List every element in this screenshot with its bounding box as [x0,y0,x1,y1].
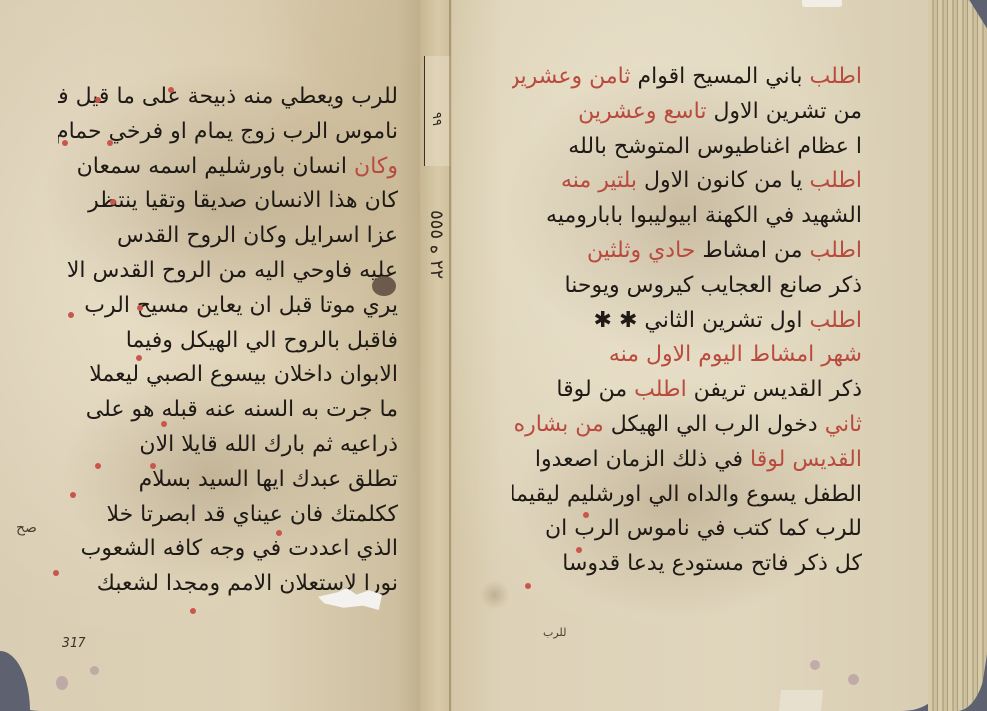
verse-marker [276,530,282,536]
bottom-note: للرب [543,626,566,639]
verse-marker [137,305,143,311]
text-line: الابوان داخلان بيسوع الصبي ليعملا [58,358,398,393]
text-line: عليه فاوحي اليه من الروح القدس الا [58,254,398,289]
text-line: اطلب اول تشرين الثاني ✱ ✱ [512,304,862,339]
verse-marker [62,140,68,146]
ink-spot [810,660,820,670]
gutter-note: ٩٩ [425,112,449,126]
verse-marker [525,583,531,589]
verse-marker [136,355,142,361]
verse-marker [583,512,589,518]
verse-marker [161,421,167,427]
ink-spot [848,674,859,685]
gutter-note: ٢٢ ه ٥٥٥ [425,210,449,279]
verse-marker [168,87,174,93]
verse-marker [150,463,156,469]
verse-marker [53,570,59,576]
text-line: ذكر القديس تريفن اطلب من لوقا [512,373,862,408]
text-line: عزا اسرايل وكان الروح القدس [58,219,398,254]
ink-blot [372,276,396,296]
left-page: للرب ويعطي منه ذبيحة على ما قيل في ناموس… [0,0,432,711]
text-line: من تشرين الاول تاسع وعشرين [512,95,862,130]
text-line: كل ذكر فاتح مستودع يدعا قدوسا [512,547,862,582]
rubric: وكان [354,154,398,179]
text-line: ذكر صانع العجايب كيروس ويوحنا [512,269,862,304]
text-line: القديس لوقا في ذلك الزمان اصعدوا [512,443,862,478]
text-line: وكان انسان باورشليم اسمه سمعان [58,150,398,185]
verse-marker [95,463,101,469]
water-stain [480,580,510,610]
text-line: اطلب يا من كانون الاول بلتير منه [512,164,862,199]
text-line: كان هذا الانسان صديقا وتقيا ينتظر [58,184,398,219]
left-page-text: للرب ويعطي منه ذبيحة على ما قيل في ناموس… [58,80,398,602]
verse-marker [576,547,582,553]
verse-marker [68,312,74,318]
verse-marker [95,97,101,103]
text-line: للرب ويعطي منه ذبيحة على ما قيل في [58,80,398,115]
text-line: الشهيد في الكهنة ابيوليبوا باباروميه [512,199,862,234]
paper-tab [779,690,823,711]
folio-number: 317 [62,636,85,651]
binding-fold [449,0,451,711]
margin-note: صح [16,520,37,536]
verse-marker [110,199,116,205]
rubric-heading: شهر امشاط اليوم الاول منه [512,338,862,373]
text-line: اطلب باني المسيح اقوام ثامن وعشرين [512,60,862,95]
text-line: تطلق عبدك ايها السيد بسلام [58,463,398,498]
verse-marker [107,140,113,146]
repair-strip [424,56,451,166]
text-line: للرب كما كتب في ناموس الرب ان [512,512,862,547]
manuscript-spread: للرب ويعطي منه ذبيحة على ما قيل في ناموس… [0,0,987,711]
text-line: ككلمتك فان عيناي قد ابصرتا خلا [58,498,398,533]
text-line: يري موتا قبل ان يعاين مسيح الرب [58,289,398,324]
ink-spot [56,676,68,690]
text-line: ا عظام اغناطيوس المتوشح بالله [512,130,862,165]
text-line: الطفل يسوع والداه الي اورشليم ليقيماه [512,478,862,513]
text-line: ذراعيه ثم بارك الله قايلا الان [58,428,398,463]
text-line: ما جرت به السنه عنه قبله هو على [58,393,398,428]
text-line: ثاني دخول الرب الي الهيكل من بشاره [512,408,862,443]
text-line: اطلب من امشاط حادي وثلثين [512,234,862,269]
verse-marker [70,492,76,498]
page-edges [928,0,987,711]
right-page-text: اطلب باني المسيح اقوام ثامن وعشرين من تش… [512,60,862,582]
verse-marker [190,608,196,614]
text-line: فاقبل بالروح الي الهيكل وفيما [58,324,398,359]
paper-tab [802,0,842,7]
ink-spot [90,666,99,675]
text-line: الذي اعددت في وجه كافه الشعوب [58,532,398,567]
